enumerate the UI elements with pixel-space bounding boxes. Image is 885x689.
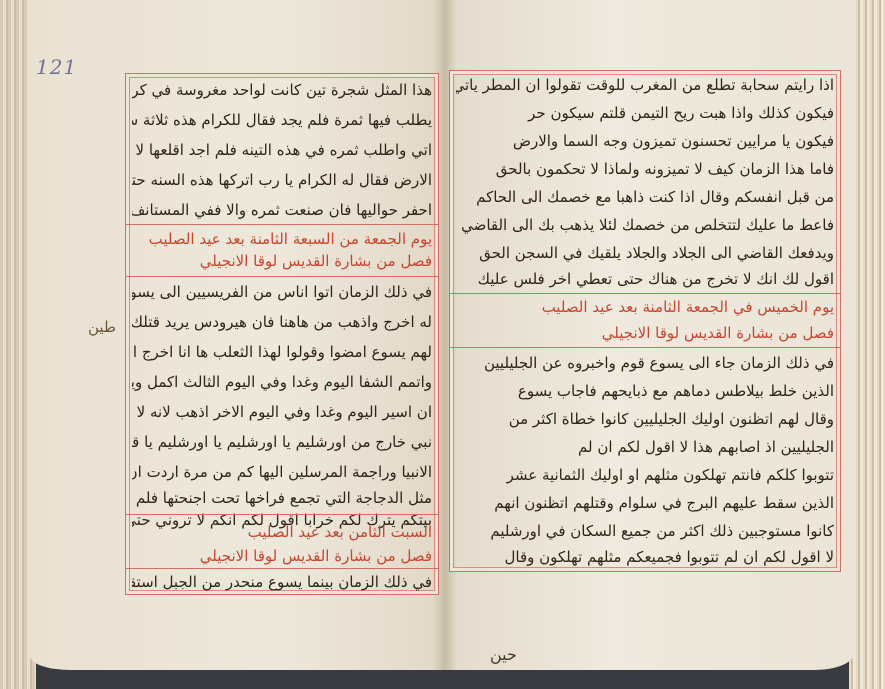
text-line: ويدفعك القاضي الى الجلاد والجلاد يلقيك ف… [456, 241, 834, 265]
text-line: الذين سقط عليهم البرج في سلوام وقتلهم ات… [456, 491, 834, 515]
rubric-line: فصل من بشارة القديس لوقا الانجيلي [132, 249, 432, 273]
rubric-rule [126, 224, 438, 225]
text-line: فاعط ما عليك لتتخلص من خصمك لئلا يذهب بك… [456, 213, 834, 237]
text-line: في ذلك الزمان بينما يسوع منحدر من الجبل … [132, 570, 432, 594]
folio-number: 121 [36, 55, 77, 79]
catchword: حين [490, 645, 517, 664]
text-line: في ذلك الزمان اتوا اناس من الفريسيين الى… [132, 280, 432, 304]
text-line: لا اقول لكم ان لم تتوبوا فجميعكم مثلهم ت… [456, 545, 834, 569]
text-line: فيكون يا مرايين تحسنون تميزون وجه السما … [456, 129, 834, 153]
rubric-rule [126, 514, 438, 515]
text-line: لهم يسوع امضوا وقولوا لهذا الثعلب ها انا… [132, 340, 432, 364]
margin-note: طين [88, 318, 116, 336]
text-line: في ذلك الزمان جاء الى يسوع قوم واخبروه ع… [456, 351, 834, 375]
rubric-rule [450, 293, 840, 294]
text-line: كانوا مستوجبين ذلك اكثر من جميع السكان ف… [456, 519, 834, 543]
text-line: من قبل انفسكم وقال اذا كنت ذاهبا مع خصمك… [456, 185, 834, 209]
open-manuscript: 121 طين هذا المثل شجرة تين كانت لواحد مغ… [0, 0, 885, 689]
text-line: يطلب فيها ثمرة فلم يجد فقال للكرام هذه ث… [132, 108, 432, 132]
rubric-line: يوم الجمعة من السبعة الثامنة بعد عيد الص… [132, 227, 432, 251]
text-line: اتي واطلب ثمره في هذه التينه فلم اجد اقل… [132, 138, 432, 162]
text-line: مثل الدجاجة التي تجمع فراخها تحت اجنحتها… [132, 486, 432, 510]
rubric-line: يوم الخميس في الجمعة الثامنة بعد عيد الص… [456, 295, 834, 319]
left-text-frame: هذا المثل شجرة تين كانت لواحد مغروسة في … [125, 73, 439, 595]
text-line: احفر حواليها فان صنعت ثمره والا ففي المس… [132, 198, 432, 222]
text-line: هذا المثل شجرة تين كانت لواحد مغروسة في … [132, 78, 432, 102]
text-line: وقال لهم اتظنون اوليك الجليليين كانوا خط… [456, 407, 834, 431]
text-line: له اخرج واذهب من هاهنا فان هيرودس يريد ق… [132, 310, 432, 334]
text-line: فاما هذا الزمان كيف لا تميزونه ولماذا لا… [456, 157, 834, 181]
text-line: واتمم الشفا اليوم وغدا وفي اليوم الثالث … [132, 370, 432, 394]
rubric-line: السبت الثامن بعد عيد الصليب [132, 520, 432, 544]
text-line: الانبيا وراجمة المرسلين اليها كم من مرة … [132, 460, 432, 484]
text-line: نبي خارج من اورشليم يا اورشليم يا اورشلي… [132, 430, 432, 454]
text-line: الارض فقال له الكرام يا رب اتركها هذه ال… [132, 168, 432, 192]
rubric-line: فصل من بشارة القديس لوقا الانجيلي [132, 544, 432, 568]
rubric-rule [126, 276, 438, 277]
text-line: ان اسير اليوم وغدا وفي اليوم الاخر اذهب … [132, 400, 432, 424]
right-text-frame: اذا رايتم سحابة تطلع من المغرب للوقت تقو… [449, 70, 841, 572]
text-line: فيكون كذلك واذا هبت ريح التيمن قلتم سيكو… [456, 101, 834, 125]
text-line: الذين خلط بيلاطس دماهم مع ذبايحهم فاجاب … [456, 379, 834, 403]
text-line: اقول لك انك لا تخرج من هناك حتى تعطي اخر… [456, 267, 834, 291]
text-line: اذا رايتم سحابة تطلع من المغرب للوقت تقو… [456, 73, 834, 97]
rubric-line: فصل من بشارة القديس لوقا الانجيلي [456, 321, 834, 345]
text-line: تتوبوا كلكم فانتم تهلكون مثلهم او اوليك … [456, 463, 834, 487]
rubric-rule [126, 568, 438, 569]
text-line: الجليليين اذ اصابهم هذا لا اقول لكم ان ل… [456, 435, 834, 459]
rubric-rule [450, 347, 840, 348]
